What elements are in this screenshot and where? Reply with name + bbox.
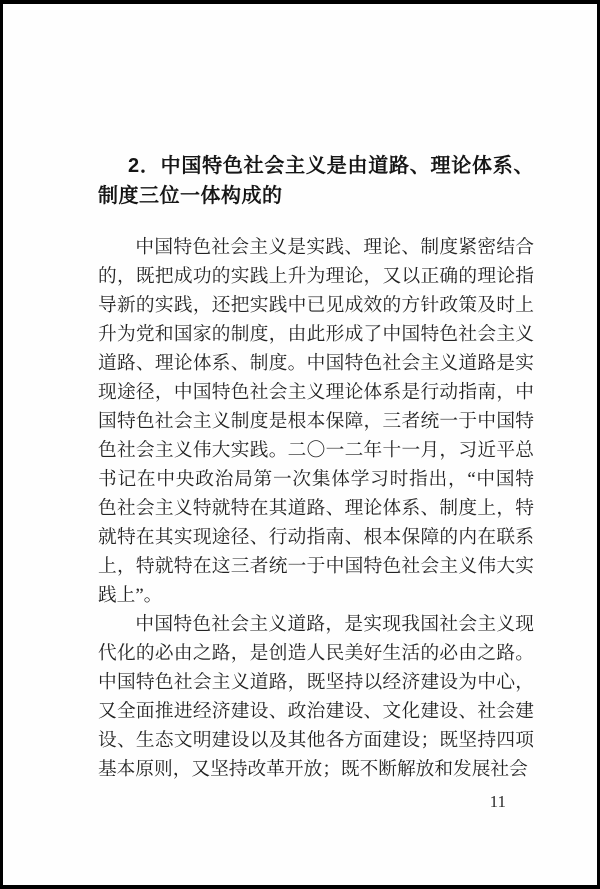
body-paragraph: 中国特色社会主义是实践、理论、制度紧密结合的，既把成功的实践上升为理论，又以正确… xyxy=(98,233,534,610)
page-number: 11 xyxy=(98,787,506,816)
body-paragraph: 中国特色社会主义道路，是实现我国社会主义现代化的必由之路，是创造人民美好生活的必… xyxy=(98,610,534,784)
text-column: 2．中国特色社会主义是由道路、理论体系、制度三位一体构成的 中国特色社会主义是实… xyxy=(98,4,534,816)
section-heading: 2．中国特色社会主义是由道路、理论体系、制度三位一体构成的 xyxy=(98,151,534,211)
book-page: 2．中国特色社会主义是由道路、理论体系、制度三位一体构成的 中国特色社会主义是实… xyxy=(0,0,600,889)
